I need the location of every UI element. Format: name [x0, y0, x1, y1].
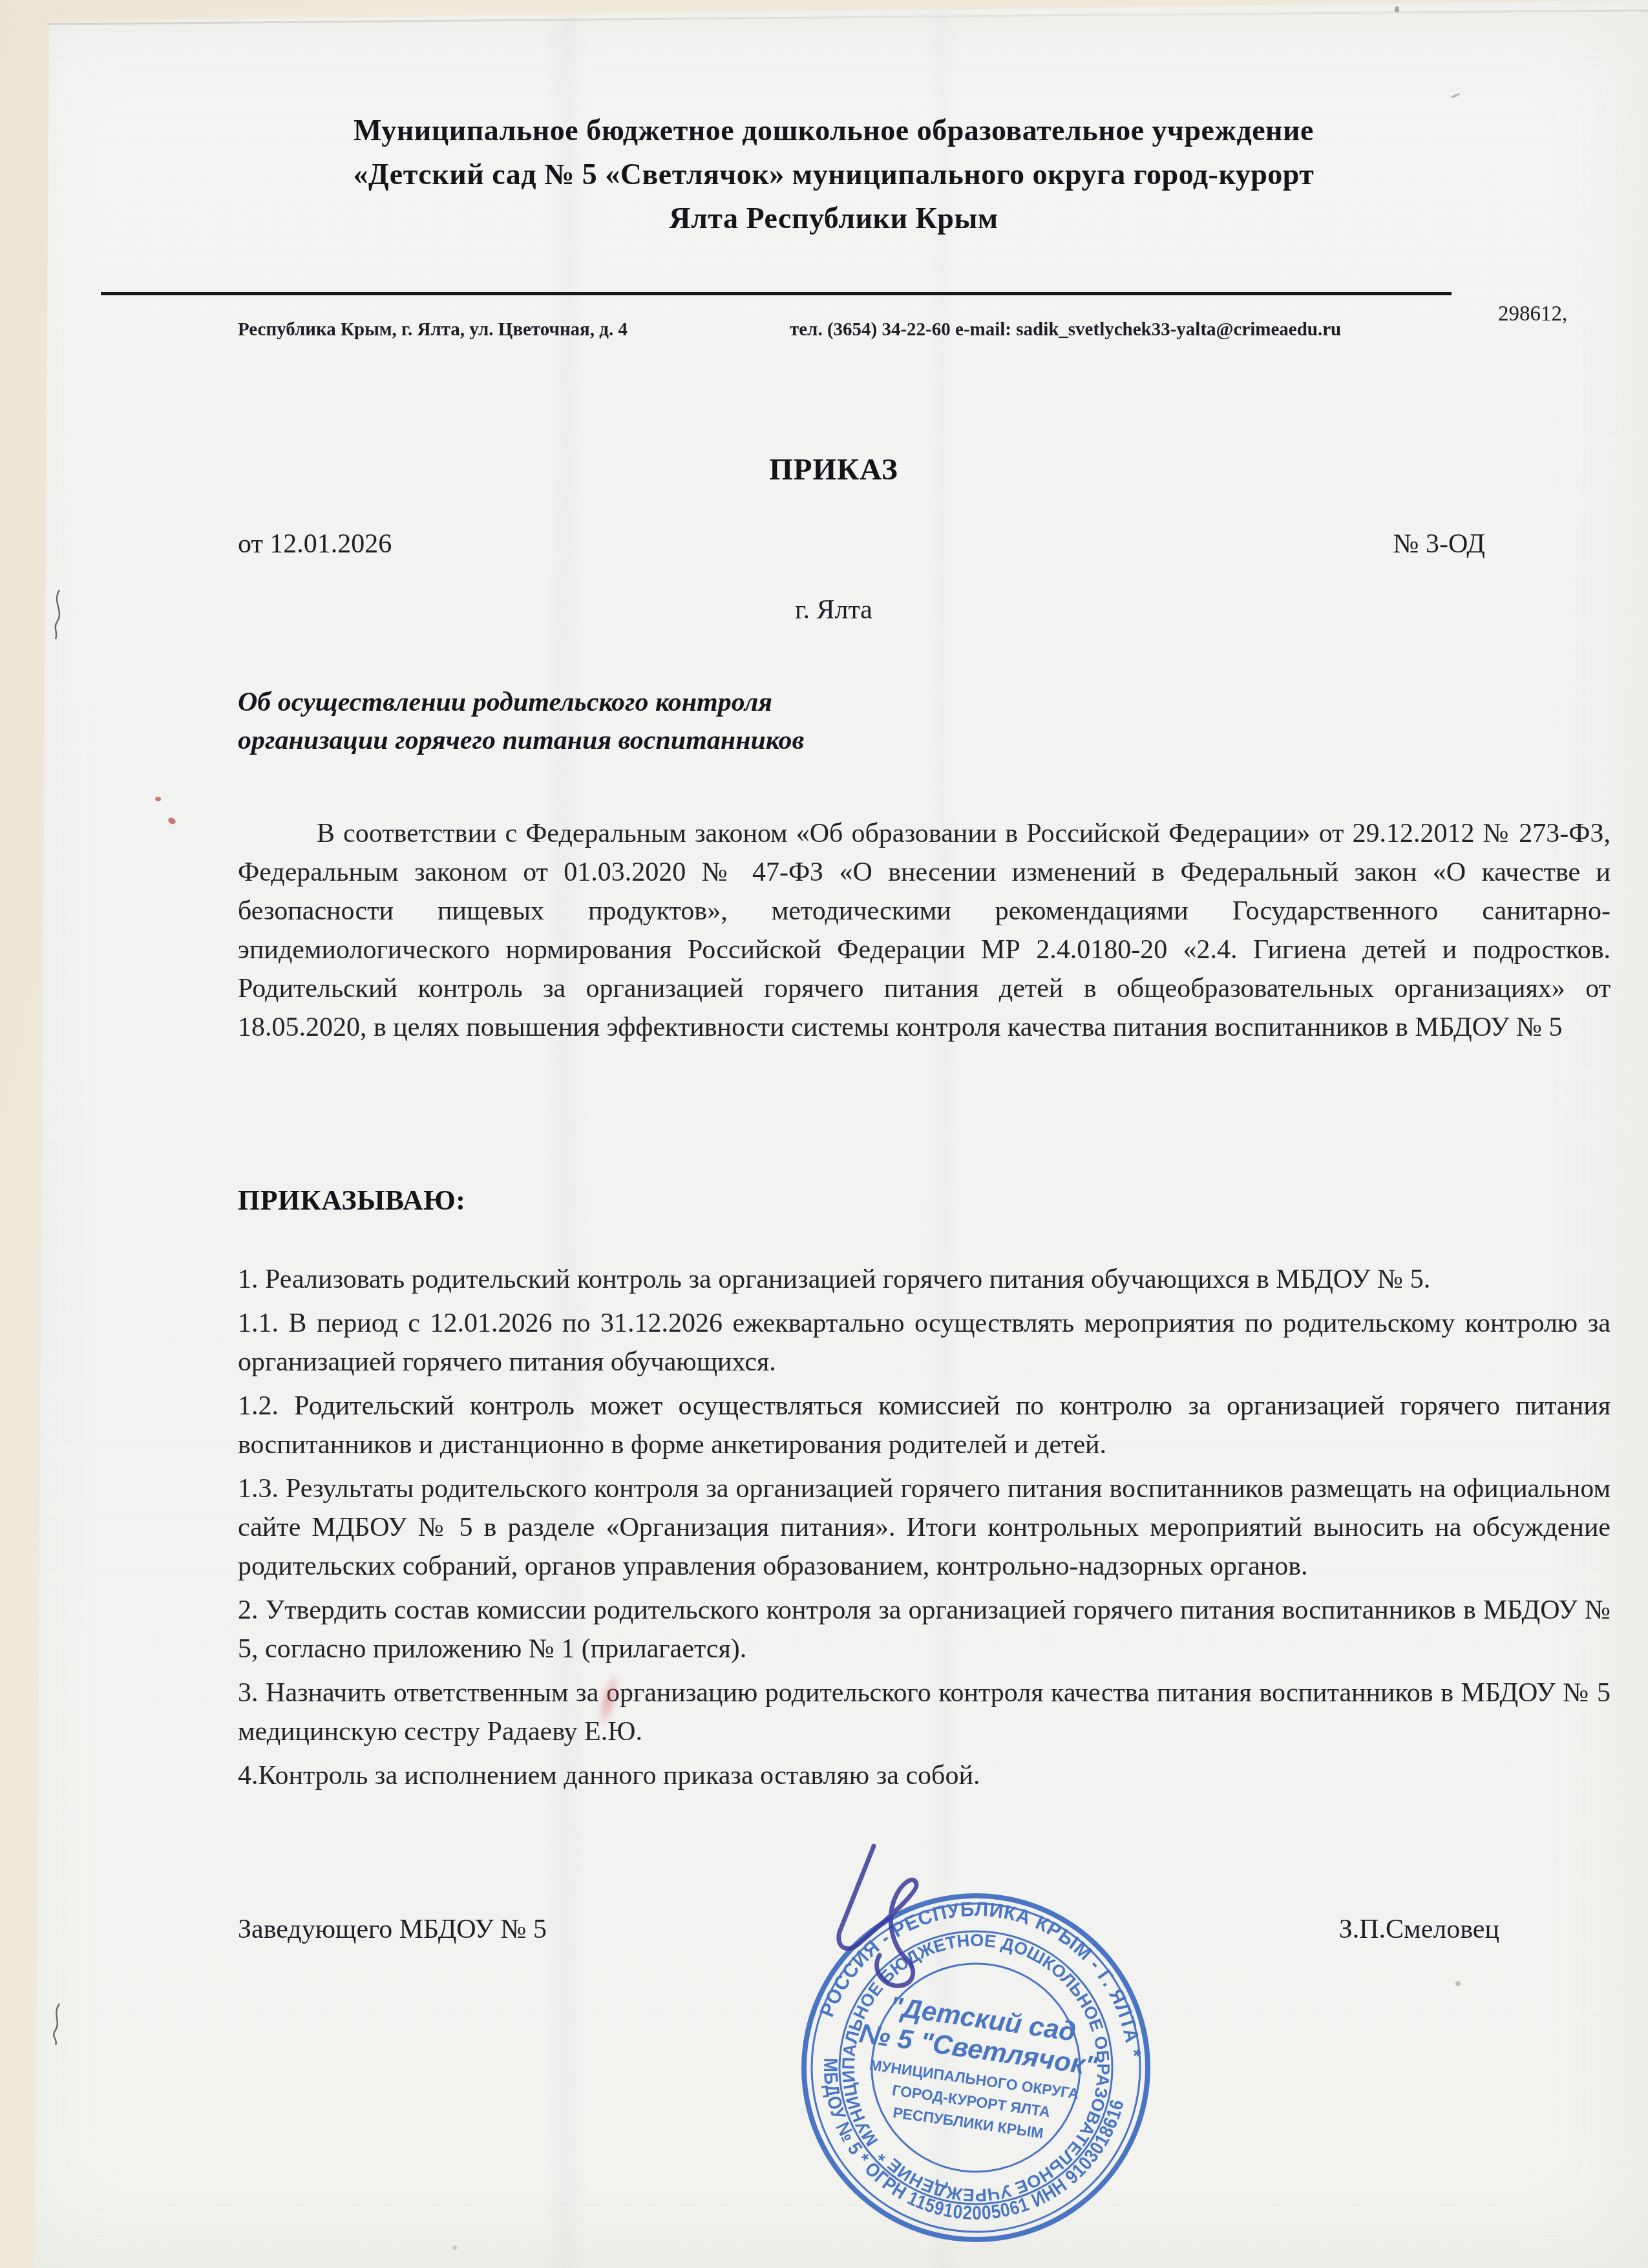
order-item: 1. Реализовать родительский контроль за … [238, 1260, 1611, 1299]
order-item: 2. Утвердить состав комиссии родительско… [238, 1591, 1611, 1668]
handwritten-signature [792, 1829, 986, 2022]
dust-speck [1455, 1981, 1461, 1986]
letterhead: Муниципальное бюджетное дошкольное образ… [194, 109, 1474, 240]
hair-artifact [44, 2000, 83, 2052]
signature-stroke [792, 1829, 986, 2022]
order-preamble: В соответствии с Федеральным законом «Об… [238, 814, 1611, 1047]
contact-phone-email: тел. (3654) 34-22-60 e-mail: sadik_svetl… [790, 319, 1341, 341]
order-item: 4.Контроль за исполнением данного приказ… [238, 1756, 1611, 1795]
hair-artifact [45, 585, 84, 643]
scanned-order-document: { "doc": { "header": { "line1": "Муницип… [0, 0, 1648, 2268]
order-title: ПРИКАЗ [194, 452, 1474, 487]
order-date-row: от 12.01.2026 № 3-ОД [238, 529, 1485, 560]
order-item: 3. Назначить ответственным за организаци… [238, 1674, 1611, 1751]
order-number: № 3-ОД [1393, 529, 1485, 560]
dust-speck [452, 2245, 457, 2250]
order-subject-line-1: Об осуществлении родительского контроля [238, 684, 804, 722]
signatory-position: Заведующего МБДОУ № 5 [238, 1914, 547, 1945]
order-item: 1.2. Родительский контроль может осущест… [238, 1387, 1611, 1464]
order-items: 1. Реализовать родительский контроль за … [238, 1260, 1611, 1800]
order-subject-line-2: организации горячего питания воспитанник… [238, 722, 804, 760]
red-speck [155, 797, 161, 801]
order-city: г. Ялта [194, 594, 1474, 625]
postal-code: 298612, [1498, 302, 1567, 326]
order-item: 1.3. Результаты родительского контроля з… [238, 1469, 1611, 1586]
signatory-name: З.П.Смеловец [1339, 1914, 1499, 1945]
dust-speck [1395, 6, 1399, 12]
letterhead-line-2: «Детский сад № 5 «Светлячок» муниципальн… [194, 152, 1474, 196]
letterhead-line-3: Ялта Республики Крым [194, 196, 1474, 240]
letterhead-line-1: Муниципальное бюджетное дошкольное образ… [194, 109, 1474, 152]
resolution-heading: ПРИКАЗЫВАЮ: [238, 1184, 465, 1217]
contact-address: Республика Крым, г. Ялта, ул. Цветочная,… [238, 319, 628, 341]
order-item: 1.1. В период с 12.01.2026 по 31.12.2026… [238, 1304, 1611, 1381]
order-subject: Об осуществлении родительского контроля … [238, 684, 804, 760]
letterhead-divider [101, 292, 1452, 295]
order-date: от 12.01.2026 [238, 529, 392, 560]
